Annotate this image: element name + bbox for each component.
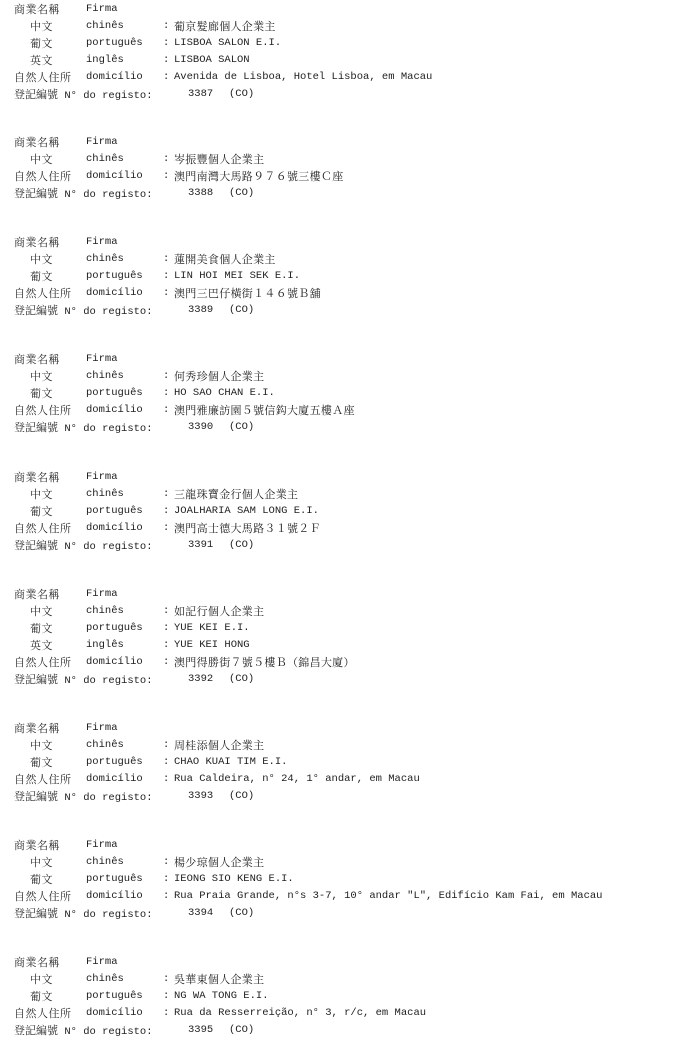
colon: : [163,737,169,754]
registry-entry: 商業名稱 Firma 中文 chinês : 如記行個人企業主 葡文 portu… [0,586,684,688]
chinese-label-zh: 中文 [30,737,53,754]
registry-number-row: 登記編號 N° do registo: 3390 (CO) [0,419,684,436]
domicile-label-zh: 自然人住所 [14,771,72,788]
firm-label-pt: Firma [86,134,118,151]
domicile-row: 自然人住所 domicílio : 澳門雅廉訪園５號信鈎大廈五樓Ａ座 [0,402,684,419]
portuguese-label-pt: português [86,988,143,1005]
chinese-name-row: 中文 chinês : 吳華東個人企業主 [0,971,684,988]
domicile-value: Rua da Resserreição, n° 3, r/c, em Macau [174,1005,426,1022]
firm-label-zh: 商業名稱 [14,351,60,368]
firm-header-row: 商業名稱 Firma [0,351,684,368]
registry-label-zh: 登記編號 [14,907,58,920]
chinese-label-zh: 中文 [30,854,53,871]
domicile-value: 澳門高士德大馬路３１號２Ｆ [174,520,321,537]
colon: : [163,888,169,905]
chinese-label-pt: chinês [86,151,124,168]
portuguese-label-zh: 葡文 [30,754,53,771]
firm-label-zh: 商業名稱 [14,586,60,603]
domicile-label-pt: domicílio [86,285,143,302]
colon: : [163,871,169,888]
domicile-label-zh: 自然人住所 [14,654,72,671]
colon: : [163,520,169,537]
portuguese-name-row: 葡文 português : JOALHARIA SAM LONG E.I. [0,503,684,520]
colon: : [163,1005,169,1022]
english-label-zh: 英文 [30,52,53,69]
portuguese-name-row: 葡文 português : YUE KEI E.I. [0,620,684,637]
portuguese-name-row: 葡文 português : NG WA TONG E.I. [0,988,684,1005]
domicile-label-pt: domicílio [86,402,143,419]
firm-header-row: 商業名稱 Firma [0,234,684,251]
firm-label-zh: 商業名稱 [14,234,60,251]
portuguese-name-row: 葡文 português : CHAO KUAI TIM E.I. [0,754,684,771]
registry-number-row: 登記編號 N° do registo: 3393 (CO) [0,788,684,805]
registry-label-pt: N° do registo: [64,675,152,687]
registry-entry: 商業名稱 Firma 中文 chinês : 葡京髮廊個人企業主 葡文 port… [0,1,684,103]
firm-label-pt: Firma [86,234,118,251]
domicile-label-pt: domicílio [86,771,143,788]
domicile-row: 自然人住所 domicílio : Rua da Resserreição, n… [0,1005,684,1022]
registry-suffix: (CO) [229,905,254,922]
colon: : [163,35,169,52]
firm-label-pt: Firma [86,954,118,971]
registry-label-zh: 登記編號 [14,187,58,200]
registry-suffix: (CO) [229,1022,254,1039]
domicile-value: 澳門三巴仔橫街１４６號Ｂ舖 [174,285,321,302]
registry-label-zh: 登記編號 [14,304,58,317]
portuguese-name-value: LIN HOI MEI SEK E.I. [174,268,300,285]
registry-number-value: 3393 [188,788,213,805]
chinese-label-zh: 中文 [30,486,53,503]
domicile-label-zh: 自然人住所 [14,520,72,537]
registry-number-value: 3387 [188,86,213,103]
domicile-label-zh: 自然人住所 [14,888,72,905]
registry-label-zh: 登記編號 [14,790,58,803]
chinese-label-zh: 中文 [30,971,53,988]
english-label-zh: 英文 [30,637,53,654]
registry-label: 登記編號 N° do registo: [14,86,153,105]
domicile-label-zh: 自然人住所 [14,285,72,302]
domicile-label-pt: domicílio [86,168,143,185]
colon: : [163,69,169,86]
colon: : [163,771,169,788]
chinese-label-zh: 中文 [30,251,53,268]
colon: : [163,988,169,1005]
firm-header-row: 商業名稱 Firma [0,954,684,971]
registry-number-value: 3394 [188,905,213,922]
colon: : [163,620,169,637]
firm-label-zh: 商業名稱 [14,469,60,486]
registry-suffix: (CO) [229,86,254,103]
registry-suffix: (CO) [229,788,254,805]
registry-number-value: 3391 [188,537,213,554]
portuguese-label-zh: 葡文 [30,988,53,1005]
colon: : [163,654,169,671]
portuguese-label-zh: 葡文 [30,620,53,637]
registry-number-value: 3392 [188,671,213,688]
registry-number-value: 3388 [188,185,213,202]
colon: : [163,368,169,385]
firm-header-row: 商業名稱 Firma [0,134,684,151]
firm-label-zh: 商業名稱 [14,720,60,737]
firm-label-pt: Firma [86,586,118,603]
registry-label: 登記編號 N° do registo: [14,788,153,807]
registry-entry: 商業名稱 Firma 中文 chinês : 吳華東個人企業主 葡文 portu… [0,954,684,1039]
colon: : [163,503,169,520]
firm-label-pt: Firma [86,351,118,368]
portuguese-label-pt: português [86,385,143,402]
colon: : [163,486,169,503]
registry-label: 登記編號 N° do registo: [14,185,153,204]
portuguese-name-value: YUE KEI E.I. [174,620,250,637]
portuguese-name-value: CHAO KUAI TIM E.I. [174,754,287,771]
colon: : [163,151,169,168]
domicile-label-zh: 自然人住所 [14,1005,72,1022]
portuguese-label-pt: português [86,503,143,520]
domicile-row: 自然人住所 domicílio : Avenida de Lisboa, Hot… [0,69,684,86]
english-name-row: 英文 inglês : LISBOA SALON [0,52,684,69]
chinese-name-row: 中文 chinês : 如記行個人企業主 [0,603,684,620]
registry-suffix: (CO) [229,671,254,688]
chinese-label-pt: chinês [86,603,124,620]
firm-label-zh: 商業名稱 [14,837,60,854]
colon: : [163,603,169,620]
english-name-value: YUE KEI HONG [174,637,250,654]
chinese-name-value: 岑振豐個人企業主 [174,151,264,168]
registry-number-value: 3390 [188,419,213,436]
colon: : [163,285,169,302]
chinese-name-value: 吳華東個人企業主 [174,971,264,988]
domicile-label-pt: domicílio [86,654,143,671]
chinese-name-value: 蓮開美食個人企業主 [174,251,276,268]
portuguese-label-zh: 葡文 [30,268,53,285]
firm-header-row: 商業名稱 Firma [0,720,684,737]
english-name-value: LISBOA SALON [174,52,250,69]
portuguese-label-pt: português [86,871,143,888]
portuguese-label-zh: 葡文 [30,35,53,52]
domicile-row: 自然人住所 domicílio : Rua Caldeira, n° 24, 1… [0,771,684,788]
portuguese-name-row: 葡文 português : LISBOA SALON E.I. [0,35,684,52]
chinese-label-zh: 中文 [30,603,53,620]
chinese-label-zh: 中文 [30,18,53,35]
portuguese-label-pt: português [86,35,143,52]
chinese-name-row: 中文 chinês : 楊少琼個人企業主 [0,854,684,871]
domicile-label-pt: domicílio [86,520,143,537]
chinese-label-zh: 中文 [30,151,53,168]
registry-number-row: 登記編號 N° do registo: 3394 (CO) [0,905,684,922]
chinese-name-row: 中文 chinês : 蓮開美食個人企業主 [0,251,684,268]
chinese-label-pt: chinês [86,18,124,35]
colon: : [163,754,169,771]
registry-label-pt: N° do registo: [64,90,152,102]
firm-label-pt: Firma [86,720,118,737]
english-label-pt: inglês [86,52,124,69]
registry-number-row: 登記編號 N° do registo: 3395 (CO) [0,1022,684,1039]
firm-label-pt: Firma [86,469,118,486]
chinese-label-pt: chinês [86,486,124,503]
colon: : [163,268,169,285]
portuguese-name-value: NG WA TONG E.I. [174,988,269,1005]
chinese-label-zh: 中文 [30,368,53,385]
registry-label: 登記編號 N° do registo: [14,537,153,556]
domicile-value: Avenida de Lisboa, Hotel Lisboa, em Maca… [174,69,432,86]
firm-label-pt: Firma [86,837,118,854]
chinese-name-value: 三龍珠寶金行個人企業主 [174,486,298,503]
chinese-label-pt: chinês [86,251,124,268]
registry-label-pt: N° do registo: [64,541,152,553]
registry-entry: 商業名稱 Firma 中文 chinês : 楊少琼個人企業主 葡文 portu… [0,837,684,922]
domicile-row: 自然人住所 domicílio : 澳門得勝街７號５樓Ｂ（錦昌大廈） [0,654,684,671]
portuguese-label-zh: 葡文 [30,503,53,520]
english-label-pt: inglês [86,637,124,654]
chinese-name-row: 中文 chinês : 三龍珠寶金行個人企業主 [0,486,684,503]
registry-label: 登記編號 N° do registo: [14,905,153,924]
portuguese-name-row: 葡文 português : HO SAO CHAN E.I. [0,385,684,402]
chinese-name-row: 中文 chinês : 葡京髮廊個人企業主 [0,18,684,35]
registry-number-value: 3389 [188,302,213,319]
registry-label-zh: 登記編號 [14,421,58,434]
firm-label-pt: Firma [86,1,118,18]
registry-suffix: (CO) [229,537,254,554]
registry-number-row: 登記編號 N° do registo: 3391 (CO) [0,537,684,554]
chinese-name-value: 葡京髮廊個人企業主 [174,18,276,35]
registry-label: 登記編號 N° do registo: [14,1022,153,1041]
chinese-name-row: 中文 chinês : 周桂添個人企業主 [0,737,684,754]
firm-header-row: 商業名稱 Firma [0,837,684,854]
registry-label-pt: N° do registo: [64,306,152,318]
domicile-label-zh: 自然人住所 [14,69,72,86]
domicile-value: Rua Caldeira, n° 24, 1° andar, em Macau [174,771,420,788]
colon: : [163,854,169,871]
registry-entry: 商業名稱 Firma 中文 chinês : 三龍珠寶金行個人企業主 葡文 po… [0,469,684,554]
chinese-name-value: 周桂添個人企業主 [174,737,264,754]
domicile-value: 澳門雅廉訪園５號信鈎大廈五樓Ａ座 [174,402,355,419]
chinese-name-row: 中文 chinês : 岑振豐個人企業主 [0,151,684,168]
registry-suffix: (CO) [229,302,254,319]
registry-number-row: 登記編號 N° do registo: 3388 (CO) [0,185,684,202]
portuguese-label-pt: português [86,268,143,285]
registry-suffix: (CO) [229,419,254,436]
domicile-row: 自然人住所 domicílio : Rua Praia Grande, n°s … [0,888,684,905]
chinese-name-value: 如記行個人企業主 [174,603,264,620]
colon: : [163,385,169,402]
portuguese-label-zh: 葡文 [30,871,53,888]
colon: : [163,168,169,185]
registry-label: 登記編號 N° do registo: [14,302,153,321]
registry-label-pt: N° do registo: [64,792,152,804]
portuguese-label-pt: português [86,754,143,771]
registry-label-pt: N° do registo: [64,423,152,435]
registry-label-zh: 登記編號 [14,1024,58,1037]
colon: : [163,971,169,988]
registry-label-zh: 登記編號 [14,539,58,552]
chinese-label-pt: chinês [86,737,124,754]
registry-label: 登記編號 N° do registo: [14,671,153,690]
domicile-label-pt: domicílio [86,888,143,905]
chinese-name-value: 楊少琼個人企業主 [174,854,264,871]
portuguese-name-value: LISBOA SALON E.I. [174,35,281,52]
registry-label-zh: 登記編號 [14,673,58,686]
registry-number-value: 3395 [188,1022,213,1039]
domicile-label-zh: 自然人住所 [14,168,72,185]
registry-label-pt: N° do registo: [64,1026,152,1038]
colon: : [163,18,169,35]
portuguese-label-zh: 葡文 [30,385,53,402]
domicile-row: 自然人住所 domicílio : 澳門高士德大馬路３１號２Ｆ [0,520,684,537]
registry-label-pt: N° do registo: [64,189,152,201]
colon: : [163,402,169,419]
firm-header-row: 商業名稱 Firma [0,586,684,603]
portuguese-name-value: JOALHARIA SAM LONG E.I. [174,503,319,520]
domicile-value: 澳門得勝街７號５樓Ｂ（錦昌大廈） [174,654,355,671]
portuguese-name-row: 葡文 português : IEONG SIO KENG E.I. [0,871,684,888]
registry-entry: 商業名稱 Firma 中文 chinês : 岑振豐個人企業主 自然人住所 do… [0,134,684,202]
chinese-label-pt: chinês [86,368,124,385]
chinese-label-pt: chinês [86,854,124,871]
domicile-value: 澳門南灣大馬路９７６號三樓Ｃ座 [174,168,344,185]
portuguese-name-row: 葡文 português : LIN HOI MEI SEK E.I. [0,268,684,285]
registry-entry: 商業名稱 Firma 中文 chinês : 蓮開美食個人企業主 葡文 port… [0,234,684,319]
domicile-label-zh: 自然人住所 [14,402,72,419]
colon: : [163,52,169,69]
chinese-name-value: 何秀珍個人企業主 [174,368,264,385]
domicile-value: Rua Praia Grande, n°s 3-7, 10° andar "L"… [174,888,602,905]
english-name-row: 英文 inglês : YUE KEI HONG [0,637,684,654]
registry-label-pt: N° do registo: [64,909,152,921]
registry-entry: 商業名稱 Firma 中文 chinês : 何秀珍個人企業主 葡文 portu… [0,351,684,436]
registry-number-row: 登記編號 N° do registo: 3387 (CO) [0,86,684,103]
registry-number-row: 登記編號 N° do registo: 3392 (CO) [0,671,684,688]
domicile-row: 自然人住所 domicílio : 澳門三巴仔橫街１４６號Ｂ舖 [0,285,684,302]
registry-label: 登記編號 N° do registo: [14,419,153,438]
registry-label-zh: 登記編號 [14,88,58,101]
firm-label-zh: 商業名稱 [14,134,60,151]
firm-header-row: 商業名稱 Firma [0,1,684,18]
portuguese-name-value: HO SAO CHAN E.I. [174,385,275,402]
domicile-label-pt: domicílio [86,69,143,86]
registry-suffix: (CO) [229,185,254,202]
colon: : [163,251,169,268]
firm-header-row: 商業名稱 Firma [0,469,684,486]
portuguese-name-value: IEONG SIO KENG E.I. [174,871,294,888]
domicile-row: 自然人住所 domicílio : 澳門南灣大馬路９７６號三樓Ｃ座 [0,168,684,185]
registry-entry: 商業名稱 Firma 中文 chinês : 周桂添個人企業主 葡文 portu… [0,720,684,805]
firm-label-zh: 商業名稱 [14,1,60,18]
firm-label-zh: 商業名稱 [14,954,60,971]
chinese-label-pt: chinês [86,971,124,988]
colon: : [163,637,169,654]
domicile-label-pt: domicílio [86,1005,143,1022]
chinese-name-row: 中文 chinês : 何秀珍個人企業主 [0,368,684,385]
portuguese-label-pt: português [86,620,143,637]
registry-number-row: 登記編號 N° do registo: 3389 (CO) [0,302,684,319]
